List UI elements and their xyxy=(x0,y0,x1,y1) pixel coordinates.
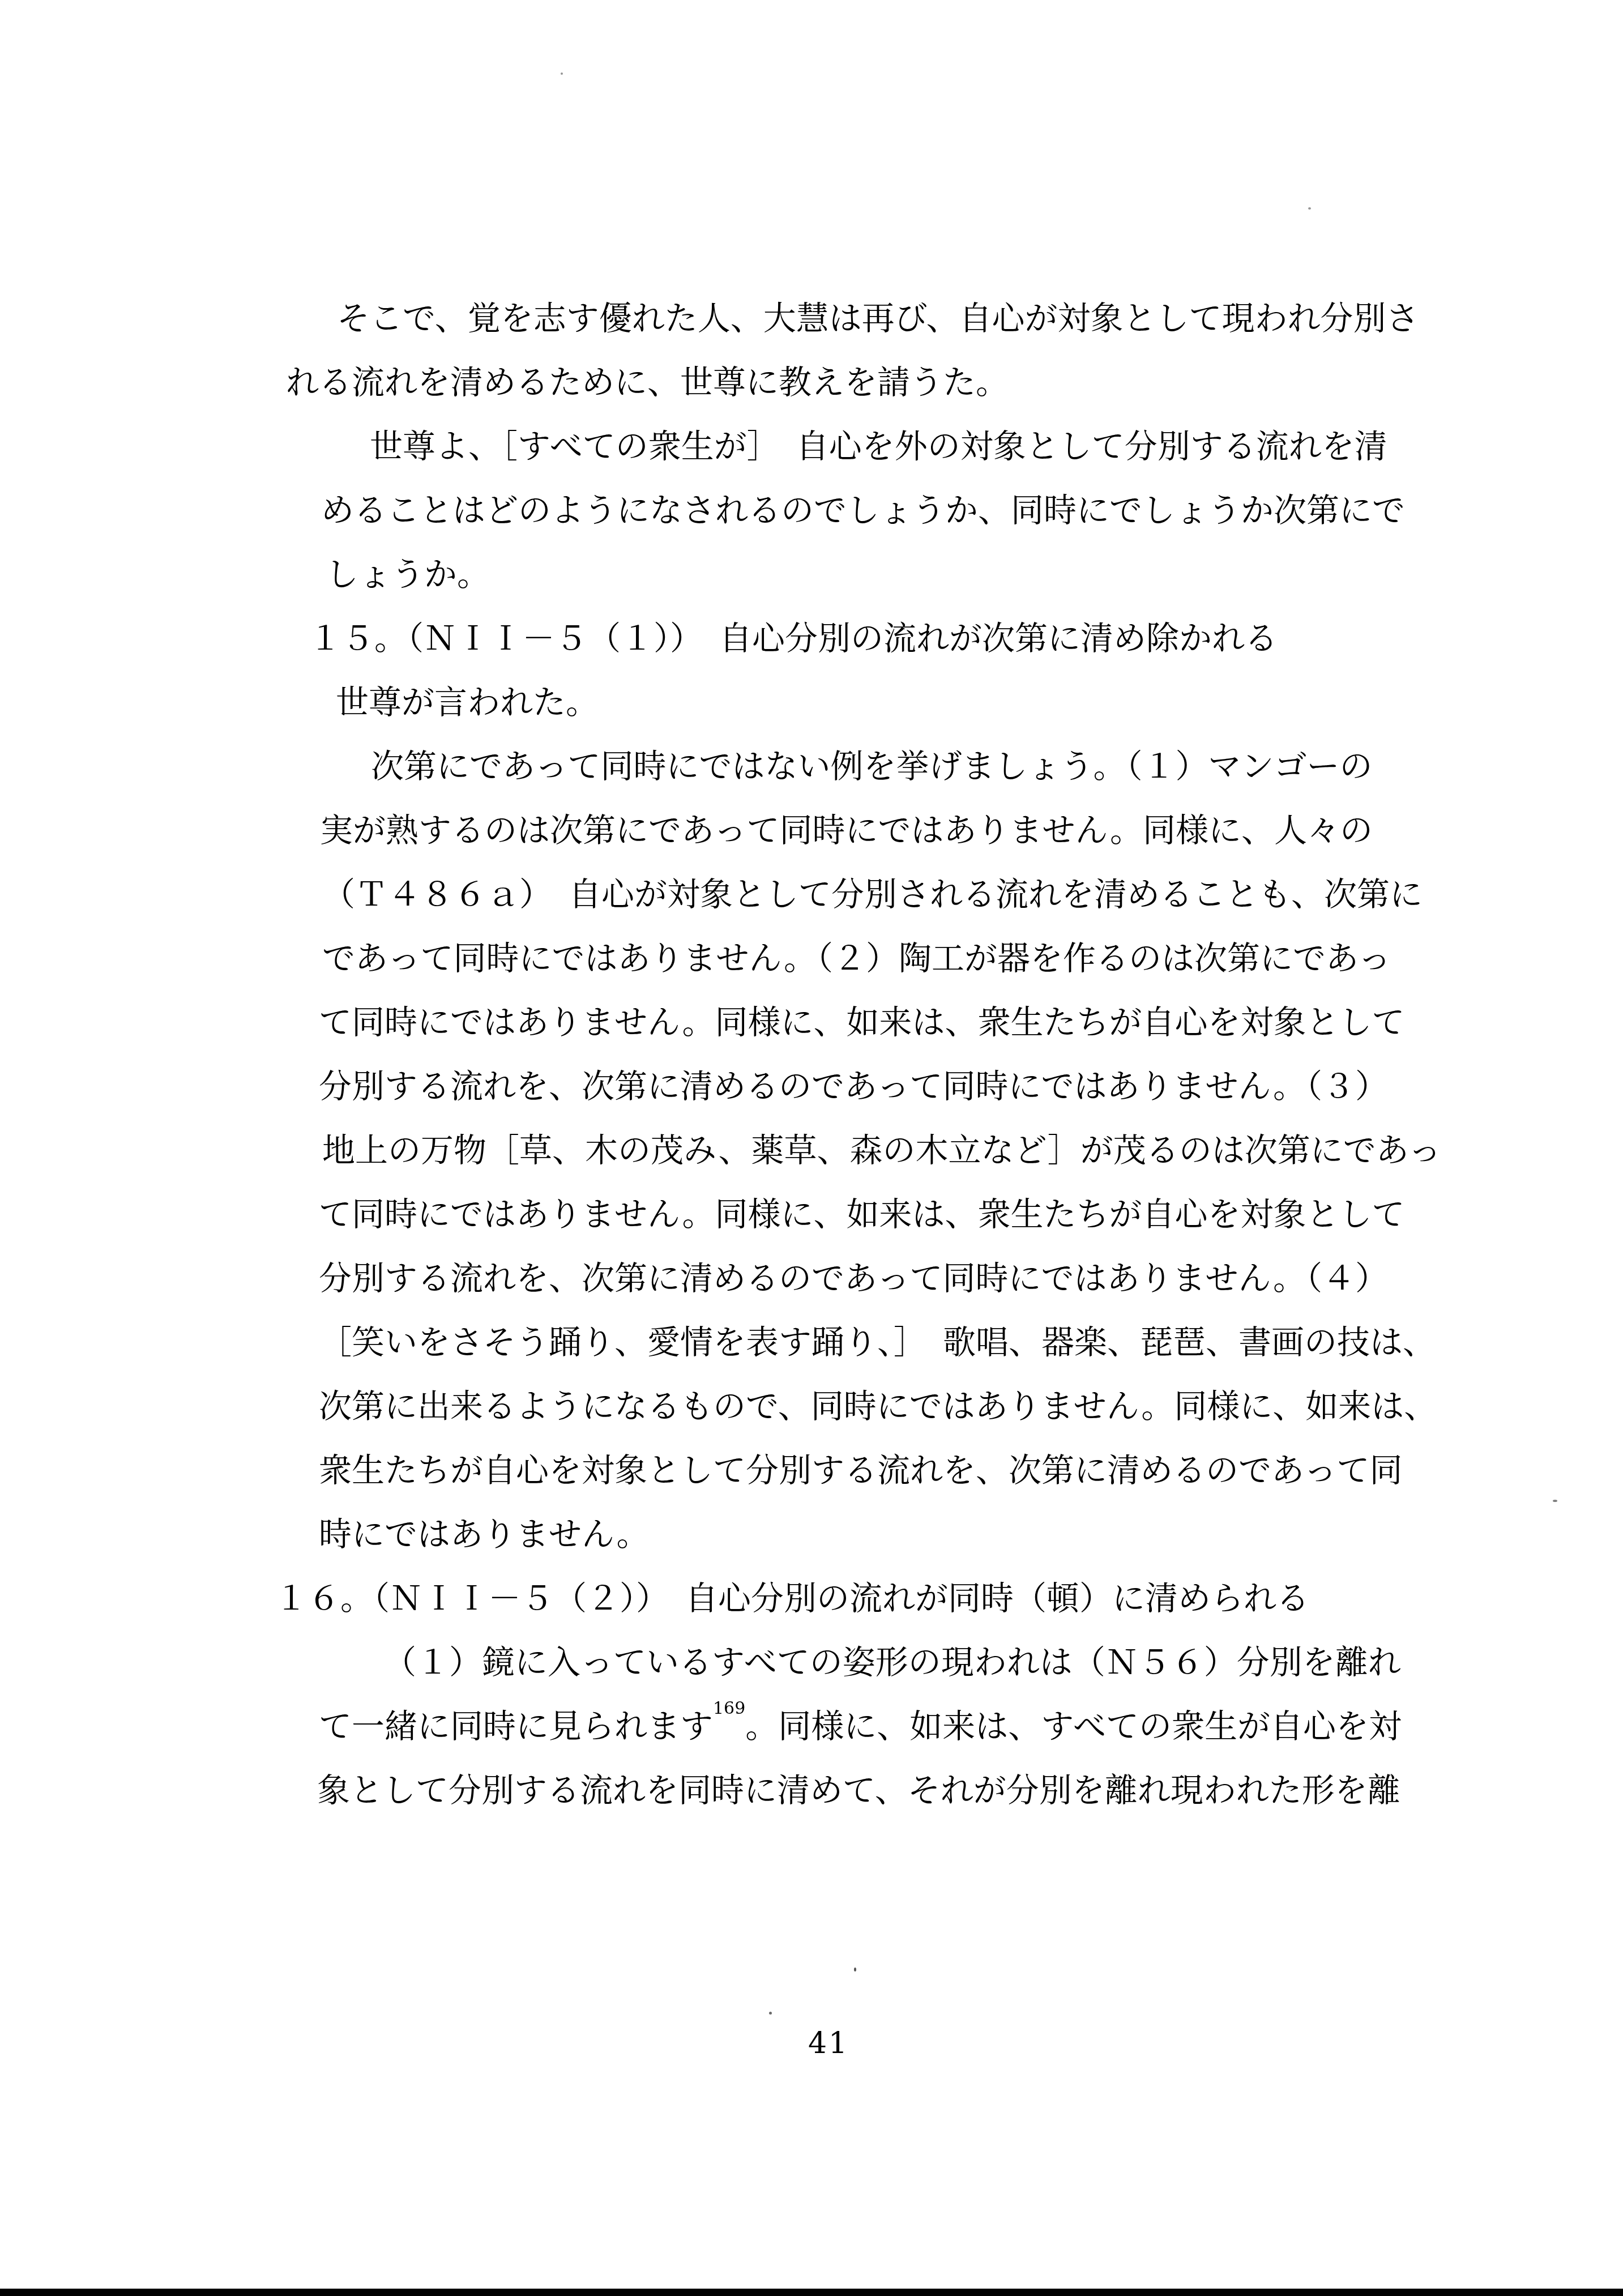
text-line: 実が熟するのは次第にであって同時にではありません。同様に、人々の xyxy=(320,799,1441,863)
scan-speck xyxy=(1553,1500,1557,1502)
text-line: めることはどのようになされるのでしょうか、同時にでしょうか次第にで xyxy=(321,479,1441,543)
text-line: 衆生たちが自心を対象として分別する流れを、次第に清めるのであって同 xyxy=(319,1439,1441,1503)
text-line: ［笑いをさそう踊り、愛情を表す踊り、］ 歌唱、器楽、琵琶、書画の技は、 xyxy=(319,1311,1441,1375)
text-line: て一緒に同時に見られます169。同様に、如来は、すべての衆生が自心を対 xyxy=(319,1695,1441,1759)
document-page: そこで、覚を志す優れた人、大慧は再び、自心が対象として現われ分別さ れる流れを清… xyxy=(0,0,1623,2296)
text-line: て同時にではありません。同様に、如来は、衆生たちが自心を対象として xyxy=(319,1183,1441,1247)
text-segment: 。同様に、如来は、すべての衆生が自心を対 xyxy=(745,1707,1402,1746)
text-line: 次第にであって同時にではない例を挙げましょう。（１）マンゴーの xyxy=(371,735,1441,799)
text-line: そこで、覚を志す優れた人、大慧は再び、自心が対象として現われ分別さ xyxy=(337,287,1441,351)
text-segment: て一緒に同時に見られます xyxy=(319,1707,713,1746)
footnote-marker: 169 xyxy=(713,1698,745,1718)
text-line: れる流れを清めるために、世尊に教えを請うた。 xyxy=(286,351,1441,415)
text-line: 象として分別する流れを同時に清めて、それが分別を離れ現われた形を離 xyxy=(317,1759,1441,1823)
text-line: 分別する流れを、次第に清めるのであって同時にではありません。（４） xyxy=(319,1247,1441,1311)
page-number: 41 xyxy=(808,2026,849,2060)
text-line: 世尊よ、［すべての衆生が］ 自心を外の対象として分別する流れを清 xyxy=(370,415,1441,479)
body-text: そこで、覚を志す優れた人、大慧は再び、自心が対象として現われ分別さ れる流れを清… xyxy=(286,287,1441,1823)
text-line: 世尊が言われた。 xyxy=(336,671,1441,735)
text-line: （１）鏡に入っているすべての姿形の現われは（Ｎ５６）分別を離れ xyxy=(383,1631,1441,1695)
text-line: （Ｔ４８６ａ） 自心が対象として分別される流れを清めることも、次第に xyxy=(322,863,1441,927)
scan-speck xyxy=(854,1968,856,1971)
text-line: て同時にではありません。同様に、如来は、衆生たちが自心を対象として xyxy=(319,991,1441,1055)
text-line: であって同時にではありません。（２）陶工が器を作るのは次第にであっ xyxy=(322,927,1441,991)
text-line: 次第に出来るようになるもので、同時にではありません。同様に、如来は、 xyxy=(319,1375,1441,1439)
section-heading-16: １６。（ＮＩＩ－５（２）） 自心分別の流れが同時（頓）に清められる xyxy=(275,1567,1441,1631)
text-line: しょうか。 xyxy=(326,543,1441,607)
scan-speck xyxy=(561,72,563,75)
text-line: 分別する流れを、次第に清めるのであって同時にではありません。（３） xyxy=(319,1055,1441,1119)
scan-artifact-bar xyxy=(0,2289,1623,2296)
text-line: 地上の万物［草、木の茂み、薬草、森の木立など］が茂るのは次第にであっ xyxy=(322,1119,1441,1183)
scan-speck xyxy=(769,2012,772,2015)
scan-speck xyxy=(1308,207,1311,210)
text-line: 時にではありません。 xyxy=(319,1503,1441,1567)
section-heading-15: １５。（ＮＩＩ－５（１）） 自心分別の流れが次第に清め除かれる xyxy=(309,607,1441,671)
